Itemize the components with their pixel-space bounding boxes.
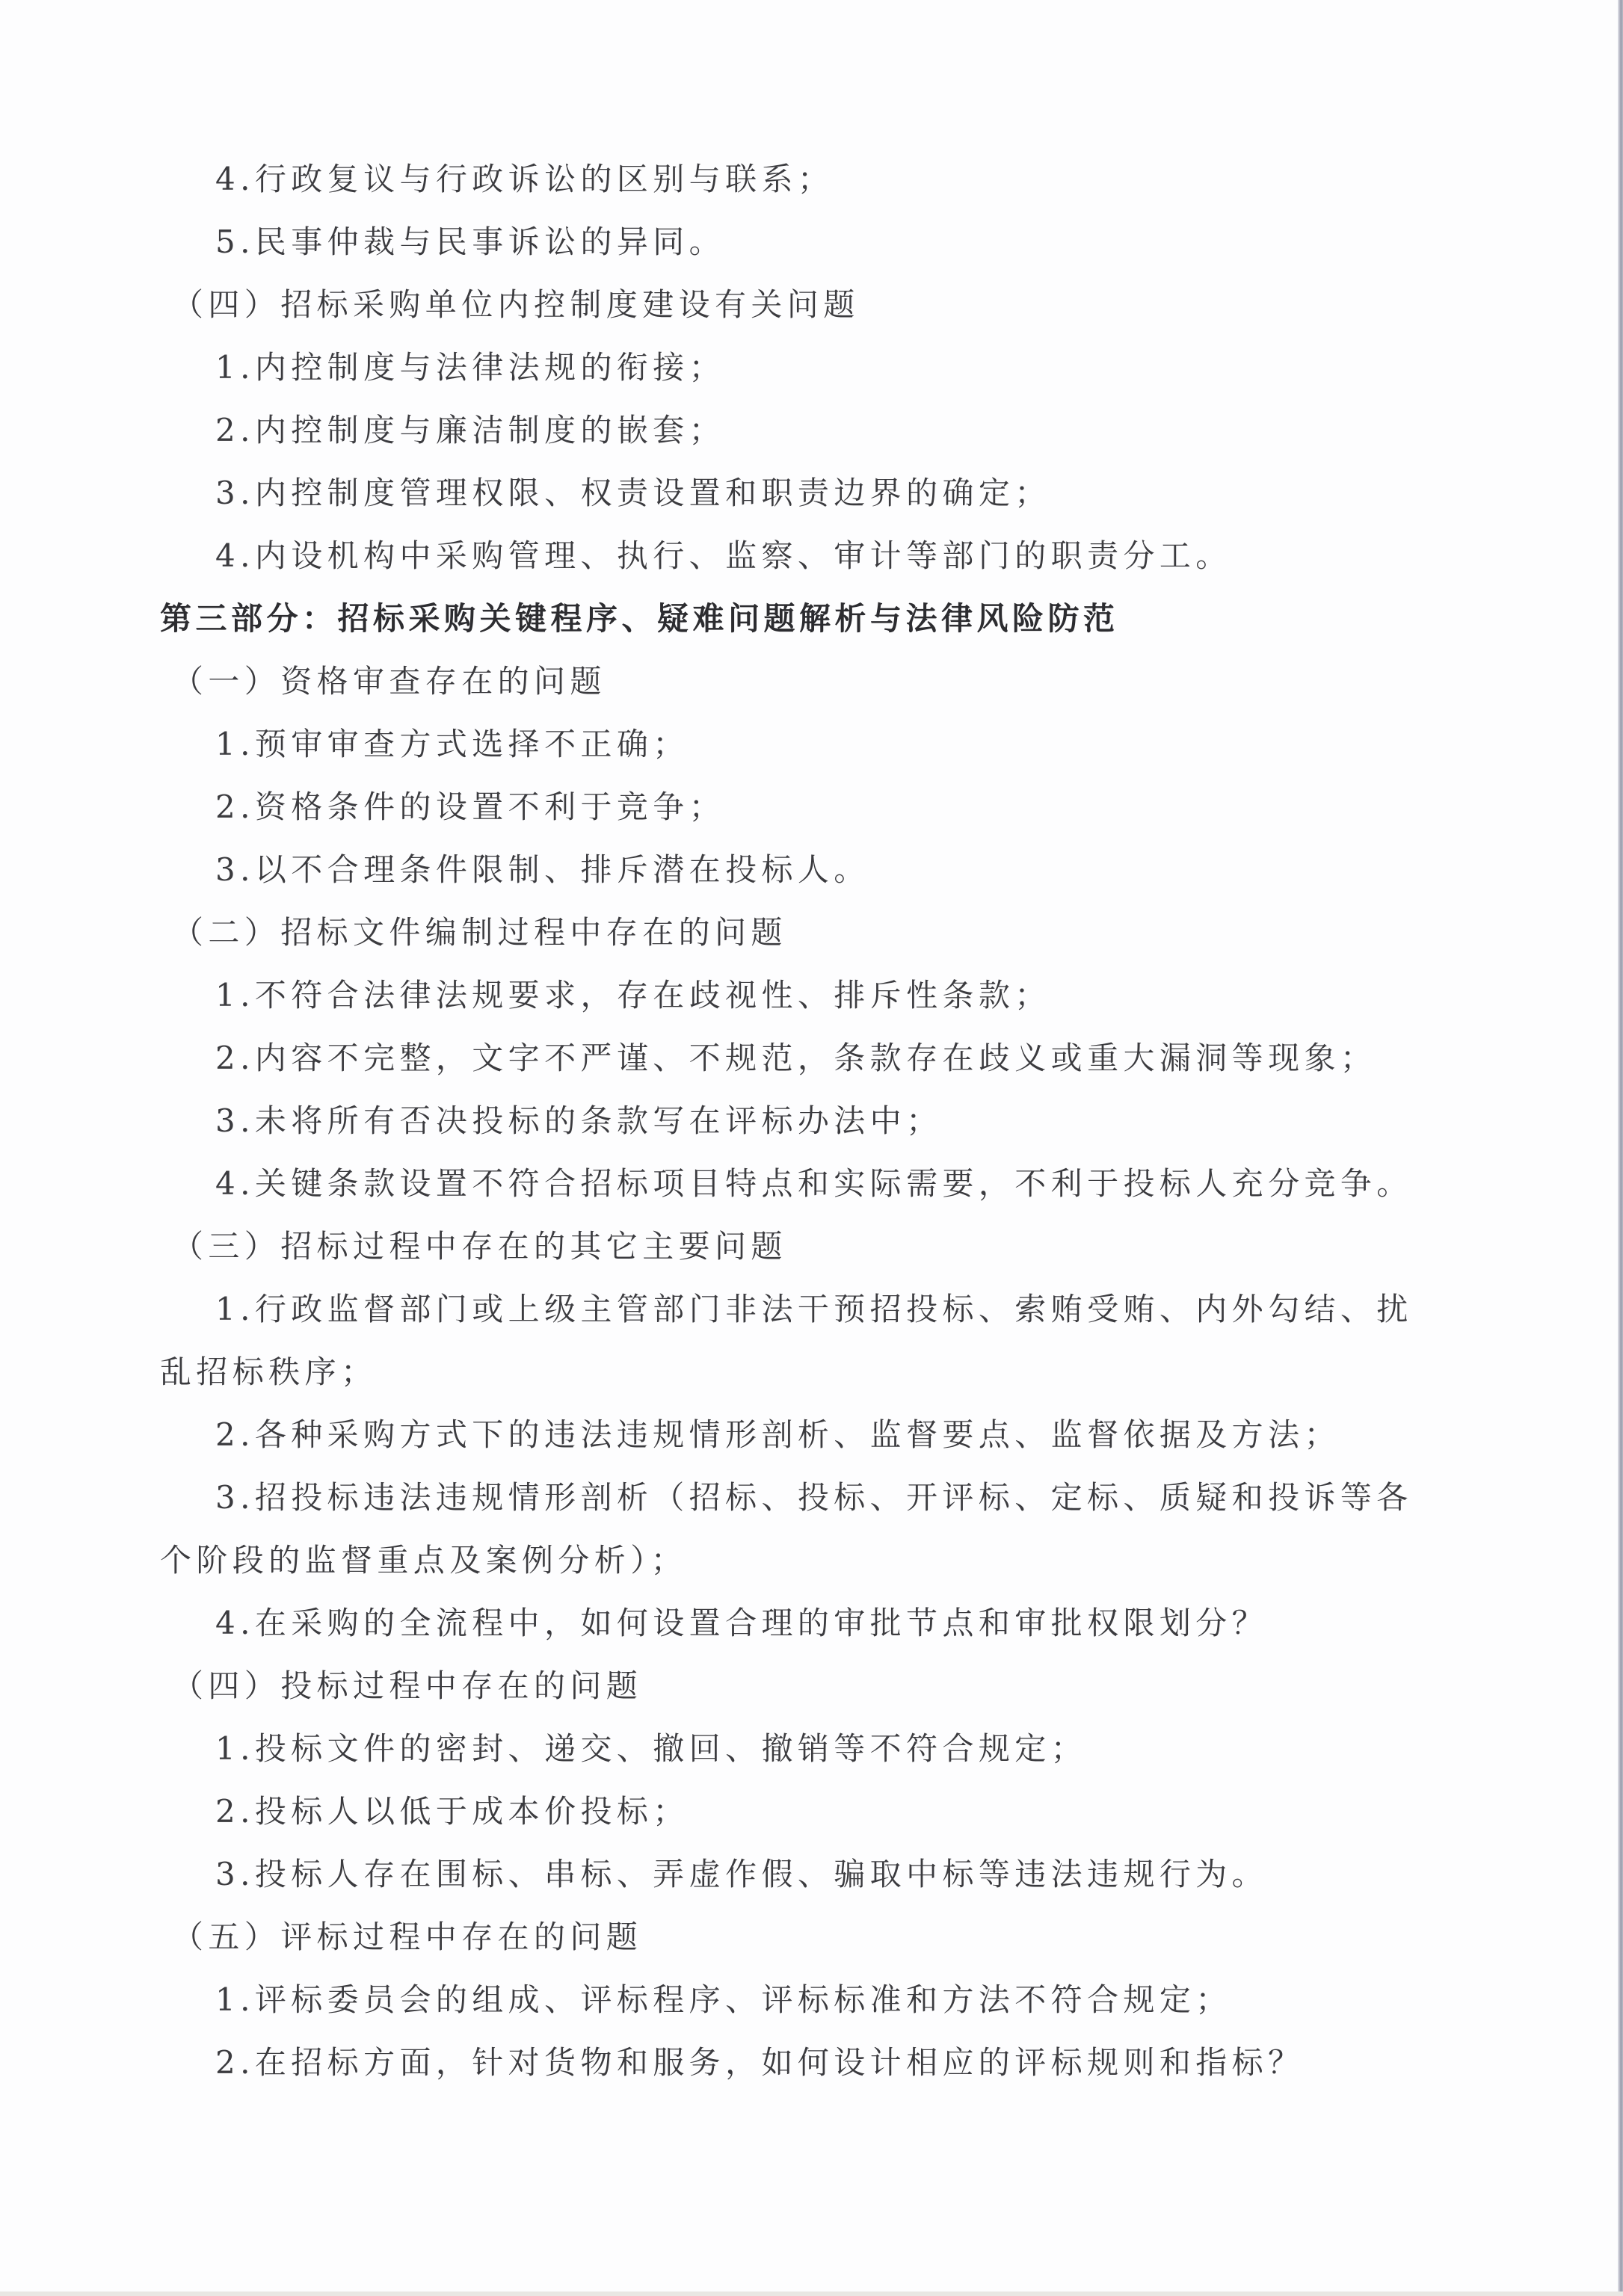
scan-edge-bottom <box>0 2292 1623 2296</box>
list-item: 1.投标文件的密封、递交、撤回、撤销等不符合规定； <box>215 1718 1087 1780</box>
list-item: 3.未将所有否决投标的条款写在评标办法中； <box>215 1090 942 1152</box>
section-heading: （五）评标过程中存在的问题 <box>172 1906 642 1969</box>
list-item: 2.内容不完整，文字不严谨、不规范，条款存在歧义或重大漏洞等现象； <box>215 1027 1376 1090</box>
list-item: 4.内设机构中采购管理、执行、监察、审计等部门的职责分工。 <box>215 525 1232 587</box>
list-item: 2.投标人以低于成本价投标； <box>215 1780 689 1843</box>
scan-edge-right <box>1618 0 1623 2296</box>
part-heading: 第三部分：招标采购关键程序、疑难问题解析与法律风险防范 <box>160 587 1119 650</box>
list-item: 3.招投标违法违规情形剖析（招标、投标、开评标、定标、质疑和投诉等各 <box>215 1466 1413 1529</box>
list-item-continuation: 乱招标秩序； <box>160 1341 377 1404</box>
list-item: 1.预审审查方式选择不正确； <box>215 713 689 776</box>
section-heading: （三）招标过程中存在的其它主要问题 <box>172 1215 787 1278</box>
list-item: 1.不符合法律法规要求，存在歧视性、排斥性条款； <box>215 964 1051 1027</box>
section-heading: （一）资格审查存在的问题 <box>172 650 606 713</box>
list-item: 3.投标人存在围标、串标、弄虚作假、骗取中标等违法违规行为。 <box>215 1843 1268 1906</box>
list-item: 2.内控制度与廉洁制度的嵌套； <box>215 399 725 462</box>
list-item: 4.在采购的全流程中，如何设置合理的审批节点和审批权限划分？ <box>215 1592 1268 1655</box>
list-item: 3.内控制度管理权限、权责设置和职责边界的确定； <box>215 462 1051 525</box>
list-item: 3.以不合理条件限制、排斥潜在投标人。 <box>215 839 870 901</box>
section-heading: （四）招标采购单位内控制度建设有关问题 <box>172 274 860 336</box>
list-item: 1.行政监督部门或上级主管部门非法干预招投标、索贿受贿、内外勾结、扰 <box>215 1278 1413 1341</box>
list-item: 4.行政复议与行政诉讼的区别与联系； <box>215 148 834 211</box>
list-item: 2.在招标方面，针对货物和服务，如何设计相应的评标规则和指标？ <box>215 2031 1304 2094</box>
list-item: 2.各种采购方式下的违法违规情形剖析、监督要点、监督依据及方法； <box>215 1404 1340 1466</box>
list-item-continuation: 个阶段的监督重点及案例分析）； <box>160 1529 687 1592</box>
list-item: 4.关键条款设置不符合招标项目特点和实际需要，不利于投标人充分竞争。 <box>215 1152 1413 1215</box>
section-heading: （二）招标文件编制过程中存在的问题 <box>172 901 787 964</box>
list-item: 1.评标委员会的组成、评标程序、评标标准和方法不符合规定； <box>215 1969 1232 2031</box>
section-heading: （四）投标过程中存在的问题 <box>172 1655 642 1718</box>
document-page: 4.行政复议与行政诉讼的区别与联系； 5.民事仲裁与民事诉讼的异同。 （四）招标… <box>0 0 1623 2296</box>
list-item: 1.内控制度与法律法规的衔接； <box>215 336 725 399</box>
list-item: 5.民事仲裁与民事诉讼的异同。 <box>215 211 725 274</box>
list-item: 2.资格条件的设置不利于竞争； <box>215 776 725 839</box>
